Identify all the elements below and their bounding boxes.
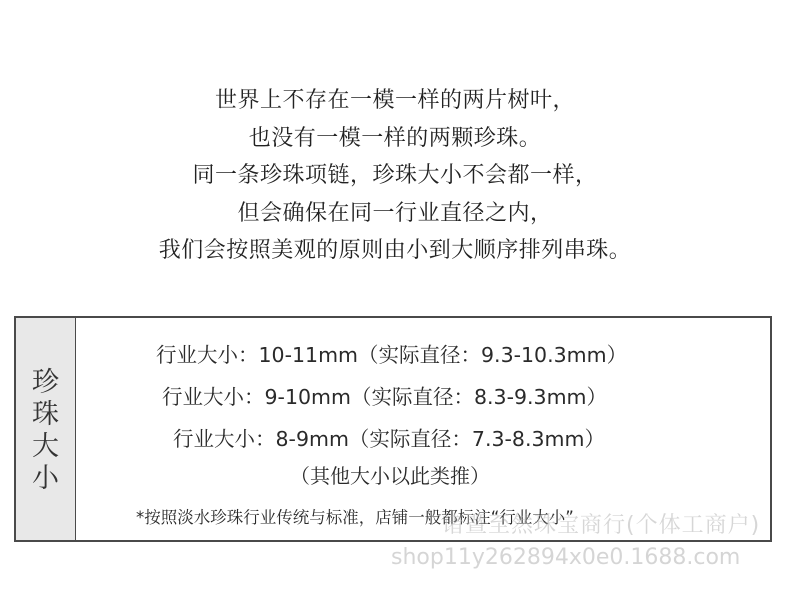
actual-size-label: （实际直径：	[349, 422, 472, 452]
actual-size-value: 7.3-8.3mm	[472, 427, 585, 451]
paren-close: ）	[584, 422, 605, 452]
industry-size-value: 9-10mm	[265, 385, 351, 409]
watermark-url: shop11y262894x0e0.1688.com	[391, 545, 740, 570]
intro-text-block: 世界上不存在一模一样的两片树叶， 也没有一模一样的两颗珍珠。 同一条珍珠项链，珍…	[0, 82, 790, 270]
actual-size-value: 8.3-9.3mm	[474, 385, 587, 409]
actual-size-label: （实际直径：	[358, 338, 481, 368]
side-label-char: 珍	[32, 367, 59, 399]
others-note: （其他大小以此类推）	[290, 460, 490, 489]
paren-close: ）	[587, 380, 608, 410]
industry-size-value: 8-9mm	[276, 427, 349, 451]
industry-size-value: 10-11mm	[259, 343, 359, 367]
size-row: 行业大小：8-9mm（实际直径：7.3-8.3mm）	[76, 422, 790, 452]
paren-close: ）	[607, 338, 628, 368]
intro-line-2: 也没有一模一样的两颗珍珠。	[0, 120, 790, 158]
side-label-char: 大	[32, 431, 59, 463]
intro-line-4: 但会确保在同一行业直径之内，	[0, 195, 790, 233]
intro-line-5: 我们会按照美观的原则由小到大顺序排列串珠。	[0, 232, 790, 270]
industry-size-label: 行业大小：	[162, 380, 265, 410]
intro-line-3: 同一条珍珠项链，珍珠大小不会都一样，	[0, 157, 790, 195]
intro-line-1: 世界上不存在一模一样的两片树叶，	[0, 82, 790, 120]
industry-size-label: 行业大小：	[156, 338, 259, 368]
side-label-cell: 珍 珠 大 小	[16, 318, 76, 540]
industry-size-label: 行业大小：	[173, 422, 276, 452]
size-row: 行业大小：10-11mm（实际直径：9.3-10.3mm）	[76, 338, 790, 368]
side-label-char: 珠	[32, 399, 59, 431]
watermark-shop-name: 诸暨至然珠宝商行(个体工商户)	[442, 508, 760, 539]
size-content-cell: 行业大小：10-11mm（实际直径：9.3-10.3mm） 行业大小：9-10m…	[76, 318, 770, 540]
side-label-char: 小	[32, 463, 59, 495]
actual-size-value: 9.3-10.3mm	[481, 343, 607, 367]
size-row: 行业大小：9-10mm（实际直径：8.3-9.3mm）	[76, 380, 790, 410]
actual-size-label: （实际直径：	[351, 380, 474, 410]
